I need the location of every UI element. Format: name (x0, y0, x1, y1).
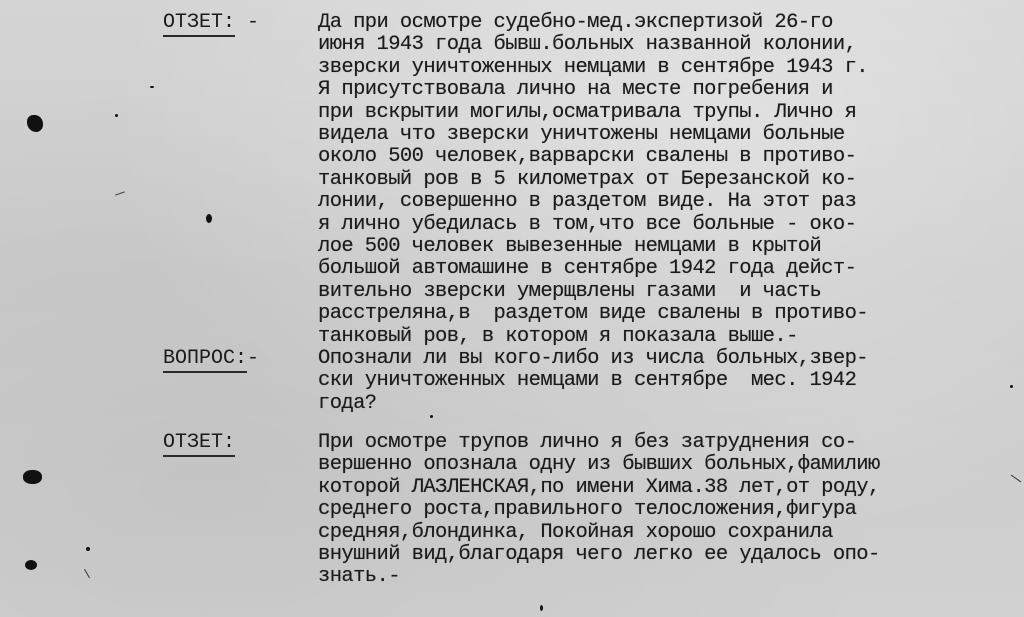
ink-dot (86, 547, 90, 551)
text-line: большой автомашине в сентябре 1942 года … (318, 258, 1018, 280)
text-line: Опознали ли вы кого-либо из числа больны… (318, 348, 1018, 370)
question-label: ВОПРОС:- (163, 348, 259, 370)
text-line: при вскрытии могилы,осматривала трупы. Л… (318, 102, 1018, 124)
text-line: видела что зверски уничтожены немцами бо… (318, 124, 1018, 146)
label-dash: - (235, 11, 259, 34)
text-line: средняя,блондинка, Покойная хорошо сохра… (318, 522, 1018, 544)
answer-label: ОТЗЕТ: - (163, 12, 259, 34)
answer-label: ОТЗЕТ: (163, 432, 235, 454)
question-text: Опознали ли вы кого-либо из числа больны… (318, 348, 1018, 415)
text-line: танковый ров, в котором я показала выше.… (318, 326, 1018, 348)
ink-blot (25, 560, 37, 570)
answer-label-text: ОТЗЕТ: (163, 431, 235, 457)
text-line: При осмотре трупов лично я без затруднен… (318, 432, 1018, 454)
text-line: Да при осмотре судебно-мед.экспертизой 2… (318, 12, 1018, 34)
text-line: которой ЛАЗЛЕНСКАЯ,по имени Хима.38 лет,… (318, 477, 1018, 499)
text-line: я лично убедилась в том,что все больные … (318, 214, 1018, 236)
ink-blot (27, 115, 43, 132)
text-line: лое 500 человек вывезенные немцами в кры… (318, 236, 1018, 258)
label-dash: - (247, 347, 259, 370)
text-line: около 500 человек,варварски свалены в пр… (318, 146, 1018, 168)
ink-dot (540, 605, 543, 611)
ink-blot (23, 470, 42, 484)
text-line: вительно зверски умерщвлены газами и час… (318, 281, 1018, 303)
text-line: внушний вид,благодаря чего легко ее удал… (318, 544, 1018, 566)
ink-dot (206, 214, 212, 223)
question-label-text: ВОПРОС: (163, 347, 247, 373)
paper-scratch (84, 569, 90, 578)
text-line: расстреляна,в раздетом виде свалены в пр… (318, 303, 1018, 325)
answer-text: При осмотре трупов лично я без затруднен… (318, 432, 1018, 589)
ink-dot (1010, 385, 1013, 388)
text-line: ски уничтоженных немцами в сентябре мес.… (318, 370, 1018, 392)
text-line: среднего роста,правильного телосложения,… (318, 499, 1018, 521)
text-line: лонии, совершенно в раздетом виде. На эт… (318, 191, 1018, 213)
ink-dot (150, 86, 154, 88)
text-line: знать.- (318, 566, 1018, 588)
paper-scratch (115, 191, 125, 195)
text-line: танковый ров в 5 километрах от Березанск… (318, 169, 1018, 191)
text-line: Я присутствовала лично на месте погребен… (318, 79, 1018, 101)
answer-label-text: ОТЗЕТ: (163, 11, 235, 37)
ink-dot (430, 415, 433, 418)
text-line: года? (318, 393, 1018, 415)
text-line: вершенно опознала одну из бывших больных… (318, 454, 1018, 476)
text-line: зверски уничтоженных немцами в сентябре … (318, 57, 1018, 79)
ink-dot (115, 114, 118, 117)
typewritten-page: ОТЗЕТ: - Да при осмотре судебно-мед.эксп… (0, 0, 1024, 617)
answer-text: Да при осмотре судебно-мед.экспертизой 2… (318, 12, 1018, 348)
text-line: июня 1943 года бывш.больных названной ко… (318, 34, 1018, 56)
